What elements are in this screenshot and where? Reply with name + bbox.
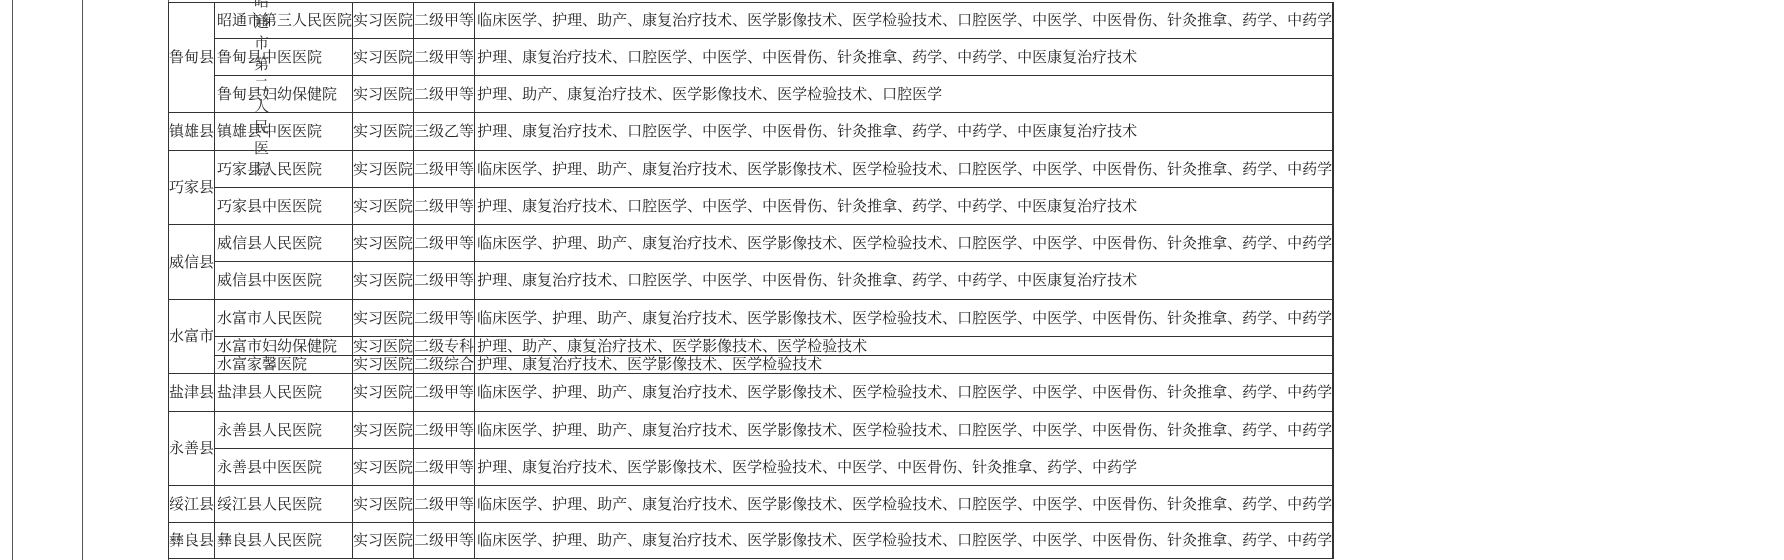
hospital-name: 威信县人民医院	[215, 225, 353, 262]
table-row: 鲁甸县妇幼保健院 实习医院 二级甲等 护理、助产、康复治疗技术、医学影像技术、医…	[169, 76, 1334, 113]
hospital-level: 二级甲等	[414, 262, 475, 300]
hospital-level: 三级乙等	[414, 113, 475, 151]
table-row: 巧家县中医医院 实习医院 二级甲等 护理、康复治疗技术、口腔医学、中医学、中医骨…	[169, 188, 1334, 225]
county-cell: 盐津县	[169, 374, 215, 412]
table-row: 盐津县 盐津县人民医院 实习医院 二级甲等 临床医学、护理、助产、康复治疗技术、…	[169, 374, 1334, 412]
empty-cell	[1333, 3, 1334, 39]
hospital-level: 二级甲等	[414, 449, 475, 486]
hospital-type: 实习医院	[353, 3, 414, 39]
hospital-level: 二级甲等	[414, 486, 475, 523]
empty-cell	[1333, 225, 1334, 262]
empty-cell	[1333, 113, 1334, 151]
empty-cell	[1333, 76, 1334, 113]
hospital-majors: 临床医学、护理、助产、康复治疗技术、医学影像技术、医学检验技术、口腔医学、中医学…	[475, 3, 1333, 39]
table-row: 彝良县 彝良县人民医院 实习医院 二级甲等 临床医学、护理、助产、康复治疗技术、…	[169, 523, 1334, 559]
hospital-majors: 护理、康复治疗技术、医学影像技术、医学检验技术	[475, 356, 1333, 374]
hospital-name: 水富家馨医院	[215, 356, 353, 374]
empty-cell	[1333, 39, 1334, 76]
table-row: 威信县中医医院 实习医院 二级甲等 护理、康复治疗技术、口腔医学、中医学、中医骨…	[169, 262, 1334, 300]
table-row: 水富市妇幼保健院 实习医院 二级专科 护理、助产、康复治疗技术、医学影像技术、医…	[169, 337, 1334, 356]
hospital-level: 二级甲等	[414, 300, 475, 337]
table-row: 镇雄县 镇雄县中医医院 实习医院 三级乙等 护理、康复治疗技术、口腔医学、中医学…	[169, 113, 1334, 151]
hospital-majors: 临床医学、护理、助产、康复治疗技术、医学影像技术、医学检验技术、口腔医学、中医学…	[475, 374, 1333, 412]
hospital-level: 二级甲等	[414, 412, 475, 449]
empty-cell	[1333, 337, 1334, 356]
empty-cell	[1333, 523, 1334, 559]
hospital-type: 实习医院	[353, 523, 414, 559]
county-cell: 水富市	[169, 300, 215, 374]
table-row: 鲁甸县 昭通市第三人民医院 实习医院 二级甲等 临床医学、护理、助产、康复治疗技…	[169, 3, 1334, 39]
hospital-type: 实习医院	[353, 300, 414, 337]
county-cell: 绥江县	[169, 486, 215, 523]
hospital-majors: 护理、康复治疗技术、口腔医学、中医学、中医骨伤、针灸推拿、药学、中药学、中医康复…	[475, 113, 1333, 151]
hospital-level: 二级专科	[414, 337, 475, 356]
county-cell: 永善县	[169, 412, 215, 486]
hospital-level: 二级甲等	[414, 3, 475, 39]
empty-cell	[1333, 356, 1334, 374]
hospital-name: 威信县中医医院	[215, 262, 353, 300]
hospital-majors: 护理、康复治疗技术、口腔医学、中医学、中医骨伤、针灸推拿、药学、中药学、中医康复…	[475, 262, 1333, 300]
hospital-majors: 临床医学、护理、助产、康复治疗技术、医学影像技术、医学检验技术、口腔医学、中医学…	[475, 225, 1333, 262]
column-border-region	[82, 0, 83, 560]
county-cell: 威信县	[169, 225, 215, 300]
table-row: 永善县中医医院 实习医院 二级甲等 护理、康复治疗技术、医学影像技术、医学检验技…	[169, 449, 1334, 486]
empty-cell	[1333, 188, 1334, 225]
hospital-majors: 临床医学、护理、助产、康复治疗技术、医学影像技术、医学检验技术、口腔医学、中医学…	[475, 486, 1333, 523]
hospital-majors: 临床医学、护理、助产、康复治疗技术、医学影像技术、医学检验技术、口腔医学、中医学…	[475, 300, 1333, 337]
empty-cell	[1333, 486, 1334, 523]
hospital-majors: 护理、助产、康复治疗技术、医学影像技术、医学检验技术、口腔医学	[475, 76, 1333, 113]
table-row: 水富市 水富市人民医院 实习医院 二级甲等 临床医学、护理、助产、康复治疗技术、…	[169, 300, 1334, 337]
empty-cell	[1333, 300, 1334, 337]
hospital-level: 二级甲等	[414, 374, 475, 412]
hospital-name: 水富市妇幼保健院	[215, 337, 353, 356]
hospital-name: 永善县中医医院	[215, 449, 353, 486]
hospital-name: 鲁甸县妇幼保健院	[215, 76, 353, 113]
hospital-type: 实习医院	[353, 39, 414, 76]
hospital-type: 实习医院	[353, 337, 414, 356]
hospital-type: 实习医院	[353, 151, 414, 188]
county-cell: 彝良县	[169, 523, 215, 559]
hospital-type: 实习医院	[353, 412, 414, 449]
hospital-majors: 临床医学、护理、助产、康复治疗技术、医学影像技术、医学检验技术、口腔医学、中医学…	[475, 412, 1333, 449]
hospital-majors: 临床医学、护理、助产、康复治疗技术、医学影像技术、医学检验技术、口腔医学、中医学…	[475, 523, 1333, 559]
table-row: 绥江县 绥江县人民医院 实习医院 二级甲等 临床医学、护理、助产、康复治疗技术、…	[169, 486, 1334, 523]
hospital-majors: 护理、康复治疗技术、口腔医学、中医学、中医骨伤、针灸推拿、药学、中药学、中医康复…	[475, 39, 1333, 76]
hospital-name: 绥江县人民医院	[215, 486, 353, 523]
hospital-type: 实习医院	[353, 262, 414, 300]
hospital-type: 实习医院	[353, 486, 414, 523]
hospital-level: 二级甲等	[414, 523, 475, 559]
hospital-table: 鲁甸县 昭通市第三人民医院 实习医院 二级甲等 临床医学、护理、助产、康复治疗技…	[168, 2, 1334, 559]
hospital-name: 巧家县中医医院	[215, 188, 353, 225]
table-row: 鲁甸县中医医院 实习医院 二级甲等 护理、康复治疗技术、口腔医学、中医学、中医骨…	[169, 39, 1334, 76]
hospital-type: 实习医院	[353, 356, 414, 374]
hospital-level: 二级甲等	[414, 188, 475, 225]
empty-cell	[1333, 374, 1334, 412]
county-cell: 镇雄县	[169, 113, 215, 151]
column-border-left	[12, 0, 13, 560]
hospital-majors: 临床医学、护理、助产、康复治疗技术、医学影像技术、医学检验技术、口腔医学、中医学…	[475, 151, 1333, 188]
empty-cell	[1333, 449, 1334, 486]
table-row: 巧家县 巧家县人民医院 实习医院 二级甲等 临床医学、护理、助产、康复治疗技术、…	[169, 151, 1334, 188]
hospital-type: 实习医院	[353, 449, 414, 486]
hospital-majors: 护理、助产、康复治疗技术、医学影像技术、医学检验技术	[475, 337, 1333, 356]
hospital-name: 鲁甸县中医医院	[215, 39, 353, 76]
empty-cell	[1333, 412, 1334, 449]
hospital-name: 水富市人民医院	[215, 300, 353, 337]
county-cell: 鲁甸县	[169, 3, 215, 113]
hospital-name: 镇雄县中医医院	[215, 113, 353, 151]
hospital-type: 实习医院	[353, 225, 414, 262]
table-row: 永善县 永善县人民医院 实习医院 二级甲等 临床医学、护理、助产、康复治疗技术、…	[169, 412, 1334, 449]
hospital-name: 永善县人民医院	[215, 412, 353, 449]
table-row: 水富家馨医院 实习医院 二级综合 护理、康复治疗技术、医学影像技术、医学检验技术	[169, 356, 1334, 374]
hospital-level: 二级甲等	[414, 76, 475, 113]
hospital-type: 实习医院	[353, 76, 414, 113]
hospital-level: 二级甲等	[414, 151, 475, 188]
hospital-name: 昭通市第三人民医院	[215, 3, 353, 39]
hospital-level: 二级综合	[414, 356, 475, 374]
hospital-type: 实习医院	[353, 113, 414, 151]
hospital-type: 实习医院	[353, 188, 414, 225]
empty-cell	[1333, 262, 1334, 300]
hospital-type: 实习医院	[353, 374, 414, 412]
hospital-name: 巧家县人民医院	[215, 151, 353, 188]
hospital-name: 盐津县人民医院	[215, 374, 353, 412]
hospital-majors: 护理、康复治疗技术、口腔医学、中医学、中医骨伤、针灸推拿、药学、中药学、中医康复…	[475, 188, 1333, 225]
hospital-majors: 护理、康复治疗技术、医学影像技术、医学检验技术、中医学、中医骨伤、针灸推拿、药学…	[475, 449, 1333, 486]
county-cell: 巧家县	[169, 151, 215, 225]
empty-cell	[1333, 151, 1334, 188]
table-row: 威信县 威信县人民医院 实习医院 二级甲等 临床医学、护理、助产、康复治疗技术、…	[169, 225, 1334, 262]
hospital-level: 二级甲等	[414, 39, 475, 76]
hospital-name: 彝良县人民医院	[215, 523, 353, 559]
hospital-level: 二级甲等	[414, 225, 475, 262]
